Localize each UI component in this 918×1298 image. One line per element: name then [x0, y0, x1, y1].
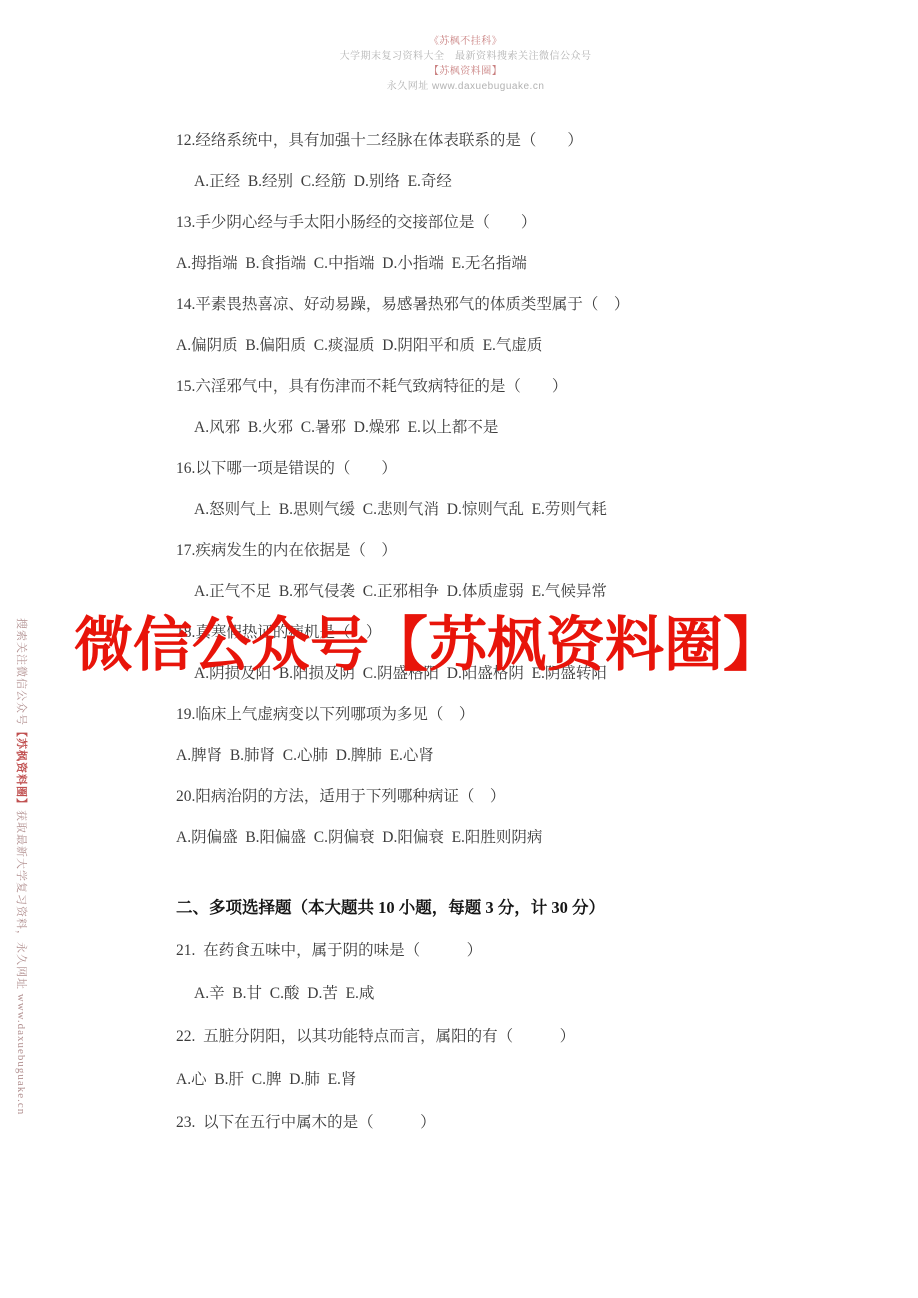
red-watermark-banner: 微信公众号【苏枫资料圈】 [74, 597, 782, 682]
question-21: 21. 在药食五味中，属于阴的味是（ ） [176, 929, 836, 972]
question-17: 17.疾病发生的内在依据是（ ） [176, 530, 836, 571]
side-watermark-post: 获取最新大学复习资料，永久网址 www.daxuebuguake.cn [15, 810, 27, 1115]
question-14: 14.平素畏热喜凉、好动易躁，易感暑热邪气的体质类型属于（ ） [176, 284, 836, 325]
header-circle-text: 【苏枫资料圈】 [429, 66, 503, 77]
question-19: 19.临床上气虚病变以下列哪项为多见（ ） [176, 694, 836, 735]
options-12: A.正经 B.经别 C.经筋 D.别络 E.奇经 [176, 161, 836, 202]
side-watermark-vertical: 搜索关注微信公众号【苏枫资料圈】获取最新大学复习资料，永久网址 www.daxu… [14, 618, 30, 1115]
side-watermark-red: 【苏枫资料圈】 [15, 726, 27, 810]
question-20: 20.阳病治阴的方法，适用于下列哪种病证（ ） [176, 776, 836, 817]
question-13: 13.手少阴心经与手太阳小肠经的交接部位是（ ） [176, 202, 836, 243]
options-21: A.辛 B.甘 C.酸 D.苦 E.咸 [176, 972, 836, 1015]
options-13: A.拇指端 B.食指端 C.中指端 D.小指端 E.无名指端 [176, 243, 836, 284]
header-info-text-1: 大学期末复习资料大全 最新资料搜索关注微信公众号 [340, 51, 592, 62]
options-20: A.阴偏盛 B.阳偏盛 C.阴偏衰 D.阳偏衰 E.阳胜则阴病 [176, 817, 836, 858]
question-15: 15.六淫邪气中，具有伤津而不耗气致病特征的是（ ） [176, 366, 836, 407]
header-info-text-2: 永久网址 www.daxuebuguake.cn [387, 81, 545, 92]
options-19: A.脾肾 B.肺肾 C.心肺 D.脾肺 E.心肾 [176, 735, 836, 776]
question-22: 22. 五脏分阴阳，以其功能特点而言，属阳的有（ ） [176, 1015, 836, 1058]
question-12: 12.经络系统中，具有加强十二经脉在体表联系的是（ ） [176, 120, 836, 161]
section-2-heading: 二、多项选择题（本大题共 10 小题，每题 3 分，计 30 分） [176, 886, 836, 929]
options-16: A.怒则气上 B.思则气缓 C.悲则气消 D.惊则气乱 E.劳则气耗 [176, 489, 836, 530]
exam-page: 《苏枫不挂科》 大学期末复习资料大全 最新资料搜索关注微信公众号 【苏枫资料圈】… [0, 0, 918, 1298]
header-brand-text: 《苏枫不挂科》 [429, 36, 503, 47]
options-15: A.风邪 B.火邪 C.暑邪 D.燥邪 E.以上都不是 [176, 407, 836, 448]
options-22: A.心 B.肝 C.脾 D.肺 E.肾 [176, 1058, 836, 1101]
question-16: 16.以下哪一项是错误的（ ） [176, 448, 836, 489]
page-header: 《苏枫不挂科》 大学期末复习资料大全 最新资料搜索关注微信公众号 【苏枫资料圈】… [0, 21, 918, 103]
options-14: A.偏阴质 B.偏阳质 C.痰湿质 D.阴阳平和质 E.气虚质 [176, 325, 836, 366]
question-23: 23. 以下在五行中属木的是（ ） [176, 1101, 836, 1144]
side-watermark-pre: 搜索关注微信公众号 [15, 618, 27, 726]
